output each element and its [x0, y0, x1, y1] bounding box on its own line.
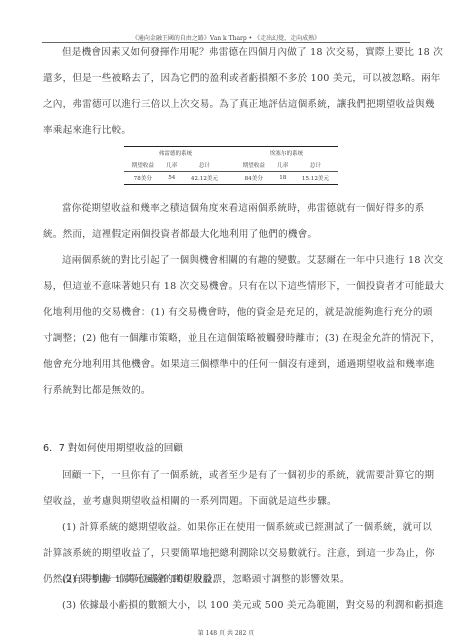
paragraph-comparison: 當你從期望收益和幾率之積這個角度來看這兩個系統時，弗雷德就有一個好得多的系 統。… — [43, 196, 411, 248]
paragraph-opportunity: 但是機會因素又如何發揮作用呢？弗雷德在四個月內做了 18 次交易，實際上要比 1… — [43, 40, 411, 144]
table-column-header: 总计 — [293, 159, 338, 172]
text-line: (2) 只考慮一個單位或者 100 股股票，忽略頭寸調整的影響效果。 — [43, 567, 411, 593]
table-cell: 42.12美元 — [182, 172, 227, 185]
paragraph-opportunity-variable: 這兩個系統的對比引起了一個與機會相關的有趣的變數。艾瑟爾在一年中只進行 18 次… — [43, 248, 411, 404]
page-number: 第 148 頁 共 282 頁 — [0, 628, 452, 637]
table-cell: 84美分 — [235, 172, 273, 185]
table-column-header: 期望收益 — [235, 159, 273, 172]
comparison-table: 弗雷德的系统 埃塞尔的系统 期望收益 几率 总计 期望收益 几率 总计 78美分… — [124, 146, 338, 185]
table-cell: 54 — [162, 172, 182, 185]
text-line: 化地利用他的交易機會：(1) 有交易機會時，他的資金是充足的，就是說能夠進行充分… — [43, 300, 411, 326]
table-column-header: 期望收益 — [124, 159, 162, 172]
paragraph-step-3: (3) 依據最小虧損的數額大小，以 100 美元或 500 美元為範圍，對交易的… — [43, 593, 411, 619]
text-line: 寸調整；(2) 他有一個離市策略，並且在這個策略被觸發時離市；(3) 在現金允許… — [43, 326, 411, 352]
paragraph-step-2: (2) 只考慮一個單位或者 100 股股票，忽略頭寸調整的影響效果。 — [43, 567, 411, 593]
text-line: 行系統對比都是無效的。 — [43, 378, 411, 404]
table-column-header: 几率 — [162, 159, 182, 172]
table-group-header: 埃塞尔的系统 — [235, 147, 338, 160]
table-group-header: 弗雷德的系统 — [124, 147, 227, 160]
paragraph-review: 回顧一下，一旦你有了一個系統，或者至少是有了一個初步的系統，就需要計算它的期 望… — [43, 463, 411, 515]
section-heading: 6．7 對如何使用期望收益的回顧 — [43, 440, 183, 454]
table-row: 78美分 54 42.12美元 84美分 18 15.12美元 — [124, 172, 338, 185]
text-line: 易，但這並不意味著她只有 18 次交易機會。只有在以下這些情形下，一個投資者才可… — [43, 274, 411, 300]
table-column-header: 几率 — [273, 159, 293, 172]
text-line: 這兩個系統的對比引起了一個與機會相關的有趣的變數。艾瑟爾在一年中只進行 18 次… — [43, 248, 411, 274]
text-line: 之內，弗雷德可以進行三倍以上次交易。為了真正地評估這個系統，讓我們把期望收益與幾 — [43, 92, 411, 118]
text-line: 望收益，並考慮與期望收益相關的一系列問題。下面就是這些步驟。 — [43, 489, 411, 515]
text-line: (3) 依據最小虧損的數額大小，以 100 美元或 500 美元為範圍，對交易的… — [43, 593, 411, 619]
table-cell: 78美分 — [124, 172, 162, 185]
text-line: 他會充分地利用其他機會。如果這三個標準中的任何一個沒有達到，通過期望收益和幾率進 — [43, 352, 411, 378]
text-line: (1) 計算系統的總期望收益。如果你正在使用一個系統或已經測試了一個系統，就可以 — [43, 515, 411, 541]
table-cell: 18 — [273, 172, 293, 185]
text-line: 當你從期望收益和幾率之積這個角度來看這兩個系統時，弗雷德就有一個好得多的系 — [43, 196, 411, 222]
text-line: 統。然而，這裡假定兩個投資者都最大化地利用了他們的機會。 — [43, 222, 411, 248]
table-cell: 15.12美元 — [293, 172, 338, 185]
text-line: 計算該系統的期望收益了，只要簡單地把總利潤除以交易數就行。注意，到這一步為止，你 — [43, 541, 411, 567]
text-line: 但是機會因素又如何發揮作用呢？弗雷德在四個月內做了 18 次交易，實際上要比 1… — [43, 40, 411, 66]
text-line: 還多，但是一些被略去了，因為它們的盈利或者虧損額不多於 100 美元，可以被忽略… — [43, 66, 411, 92]
text-line: 率乘起來進行比較。 — [43, 118, 411, 144]
text-line: 回顧一下，一旦你有了一個系統，或者至少是有了一個初步的系統，就需要計算它的期 — [43, 463, 411, 489]
table-column-header: 总计 — [182, 159, 227, 172]
